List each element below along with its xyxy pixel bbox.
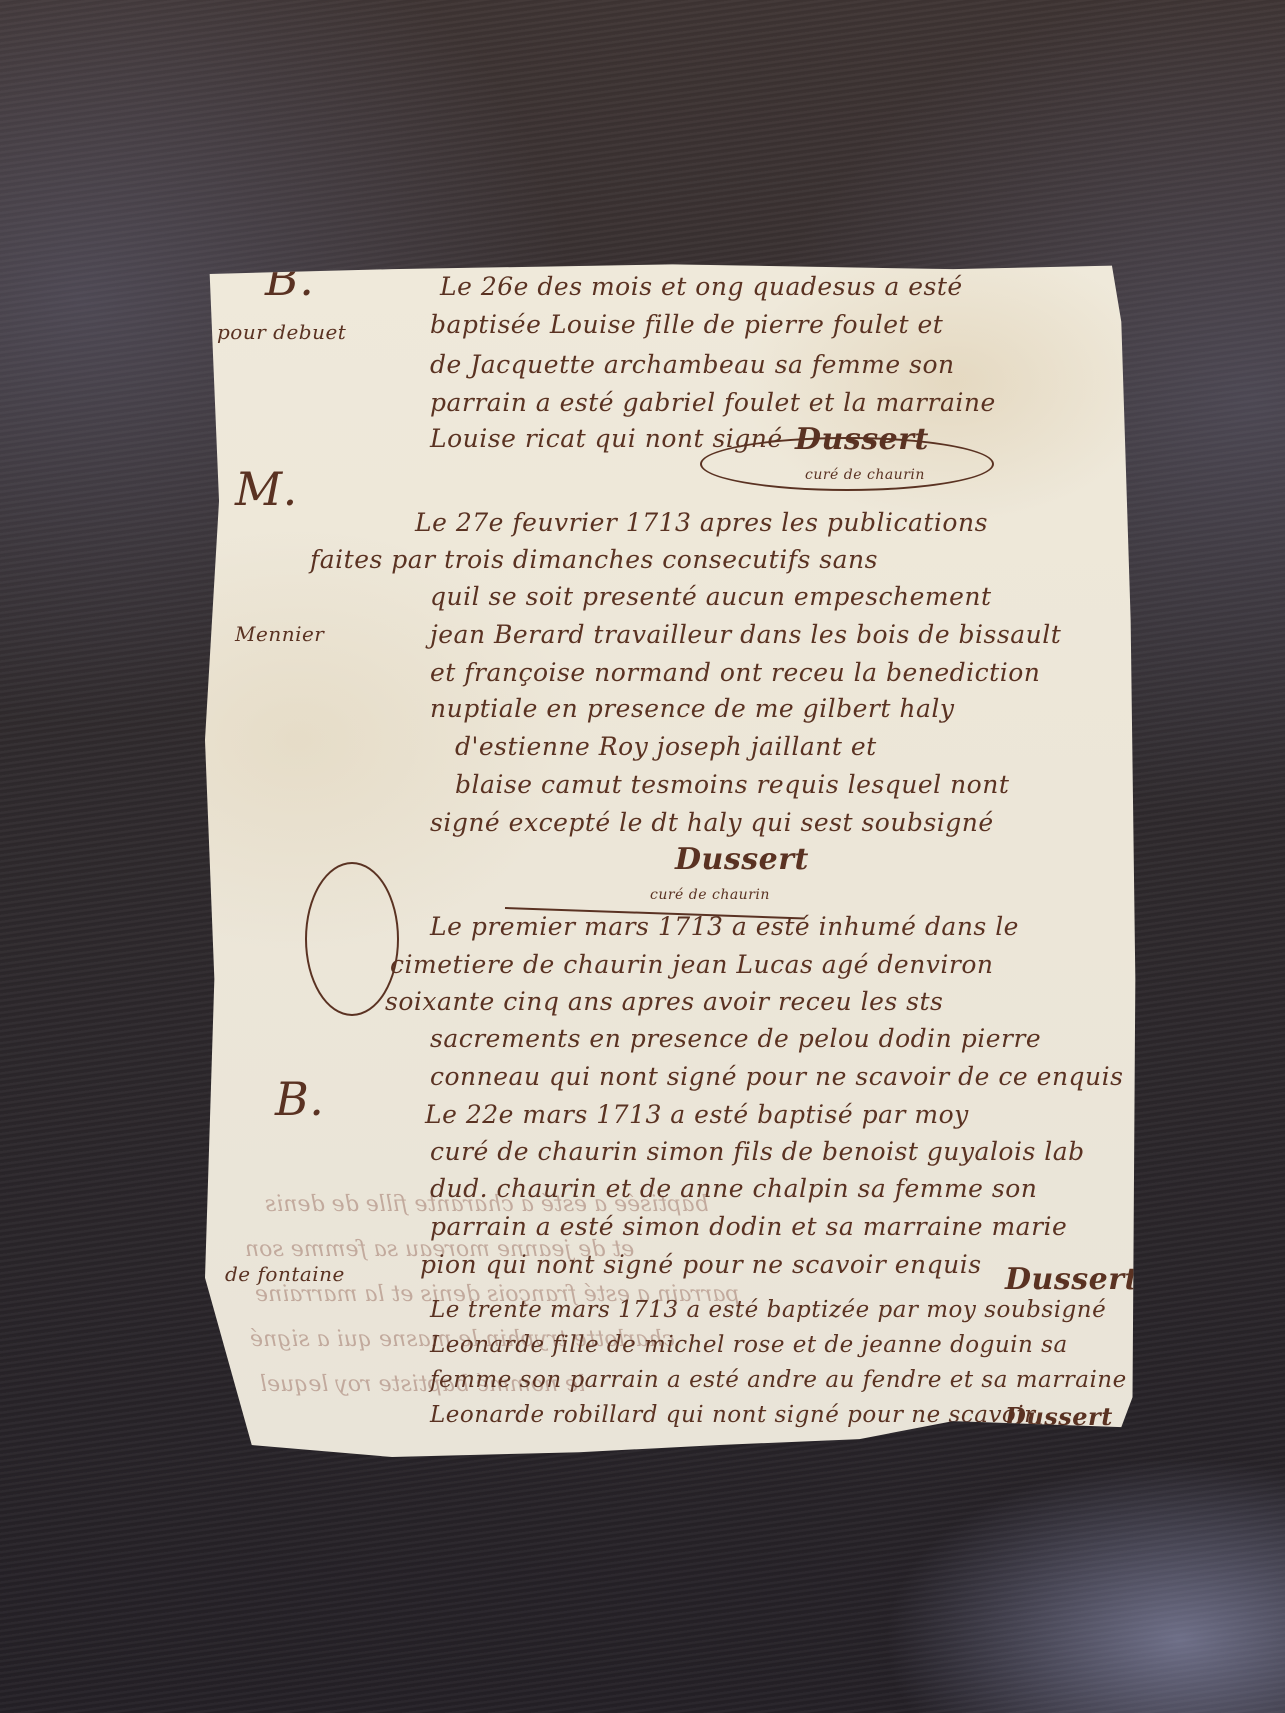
entry-line: Le trente mars 1713 a esté baptizée par …: [430, 1297, 1106, 1323]
entry-line: sacrements en presence de pelou dodin pi…: [430, 1024, 1041, 1053]
entry-line: femme son parrain a esté andre au fendre…: [430, 1367, 1127, 1393]
signature-flourish: [700, 437, 994, 491]
entry-line: parrain a esté gabriel foulet et la marr…: [430, 388, 996, 417]
entry-line: cimetiere de chaurin jean Lucas agé denv…: [390, 950, 994, 979]
entry-line: de Jacquette archambeau sa femme son: [430, 350, 955, 379]
entry-line: jean Berard travailleur dans les bois de…: [430, 620, 1061, 649]
entry-line: faites par trois dimanches consecutifs s…: [310, 545, 878, 574]
entry-line: conneau qui nont signé pour ne scavoir d…: [430, 1062, 1123, 1091]
entry-line: curé de chaurin simon fils de benoist gu…: [430, 1137, 1085, 1166]
entry-line: signé excepté le dt haly qui sest soubsi…: [430, 808, 994, 837]
entry-line: d'estienne Roy joseph jaillant et: [455, 732, 877, 761]
signature: Dussert: [675, 842, 809, 877]
entry-line: Le premier mars 1713 a esté inhumé dans …: [430, 912, 1019, 941]
signature: Dussert: [1005, 1262, 1139, 1297]
entry-line: nuptiale en presence de me gilbert haly: [430, 694, 955, 723]
entry-line: Leonarde fille de michel rose et de jean…: [430, 1332, 1068, 1358]
entry-line: dud. chaurin et de anne chalpin sa femme…: [430, 1174, 1037, 1203]
entry-line: Le 27e feuvrier 1713 apres les publicati…: [415, 508, 988, 537]
entry-line: pion qui nont signé pour ne scavoir enqu…: [420, 1250, 982, 1279]
entry-line: Le 26e des mois et ong quadesus a esté: [440, 272, 963, 301]
margin-note: de fontaine: [225, 1262, 345, 1286]
margin-initial-marriage: M.: [235, 462, 298, 516]
entry-line: Le 22e mars 1713 a esté baptisé par moy: [425, 1100, 969, 1129]
entry-line: parrain a esté simon dodin et sa marrain…: [430, 1212, 1067, 1241]
entry-line: blaise camut tesmoins requis lesquel non…: [455, 770, 1009, 799]
margin-note: pour debuet: [217, 320, 346, 344]
entry-line: quil se soit presenté aucun empeschement: [430, 582, 992, 611]
entry-line: et françoise normand ont receu la benedi…: [430, 658, 1040, 687]
entry-line: soixante cinq ans apres avoir receu les …: [385, 987, 943, 1016]
parish-register-page: baptisée a esté a charante fille de deni…: [205, 262, 1140, 1457]
entry-line: baptisée Louise fille de pierre foulet e…: [430, 310, 943, 339]
margin-note: Mennier: [235, 622, 324, 646]
signature-title: curé de chaurin: [650, 887, 770, 903]
margin-initial-baptism: B.: [275, 1072, 324, 1126]
